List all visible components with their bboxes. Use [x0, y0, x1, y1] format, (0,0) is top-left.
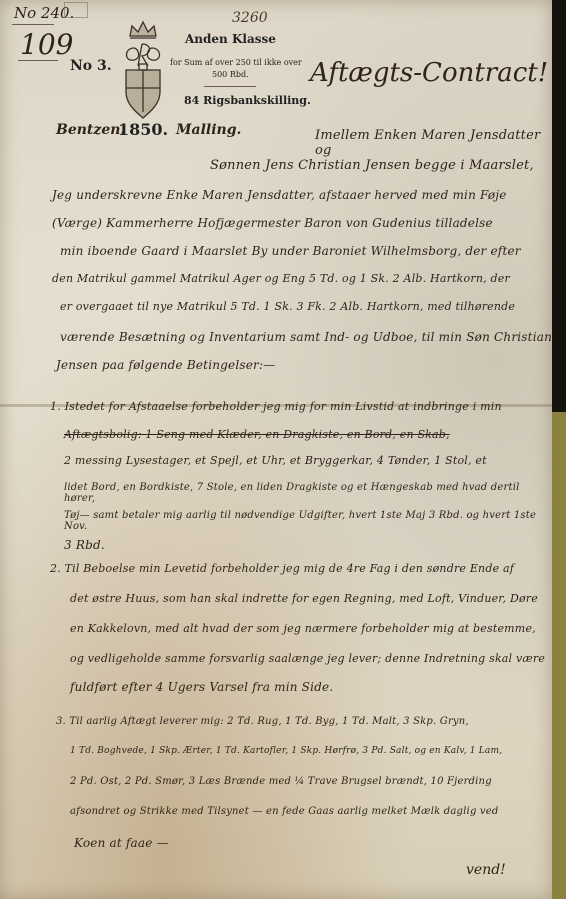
stamp-left-signature: Bentzen. — [56, 122, 125, 138]
body-line: Sønnen Jens Christian Jensen begge i Maa… — [210, 158, 534, 173]
body-line: Koen at faae — — [74, 836, 169, 850]
body-line: (Værge) Kammerherre Hofjægermester Baron… — [52, 216, 493, 230]
body-line: Imellem Enken Maren Jensdatter og — [315, 128, 552, 158]
pencil-number: 3260 — [232, 10, 268, 26]
body-line: afsondret og Strikke med Tilsynet — en f… — [70, 806, 499, 817]
body-line: den Matrikul gammel Matrikul Ager og Eng… — [52, 272, 510, 285]
body-line: er overgaaet til nye Matrikul 5 Td. 1 Sk… — [60, 300, 515, 313]
royal-crest-icon — [112, 0, 174, 122]
body-line: Jeg underskrevne Enke Maren Jensdatter, … — [52, 188, 507, 202]
body-line: en Kakkelovn, med alt hvad der som jeg n… — [70, 622, 536, 635]
body-line: værende Besætning og Inventarium samt In… — [60, 330, 552, 344]
body-line: fuldført efter 4 Ugers Varsel fra min Si… — [70, 680, 333, 694]
body-line: 1. Istedet for Afstaaelse forbeholder je… — [50, 400, 502, 413]
stamp-year: 1850. — [118, 120, 168, 139]
body-line: Jensen paa følgende Betingelser:— — [56, 358, 275, 372]
verte-mark: vend! — [466, 862, 506, 878]
archive-underline — [18, 60, 58, 61]
corner-underline — [12, 24, 54, 25]
stamp-class-range-2: 500 Rbd. — [212, 70, 249, 79]
body-line: min iboende Gaard i Maarslet By under Ba… — [60, 244, 521, 258]
body-line: 2 messing Lysestager, et Spejl, et Uhr, … — [64, 454, 487, 467]
document-title: Aftægts-Contract! — [310, 58, 548, 88]
corner-box — [64, 2, 88, 18]
body-line: 3 Rbd. — [64, 538, 105, 552]
background-dark-edge — [552, 0, 566, 412]
body-line: og vedligeholde samme forsvarlig saalæng… — [70, 652, 545, 665]
body-line: 3. Til aarlig Aftægt leverer mig: 2 Td. … — [56, 716, 469, 727]
body-line: 2 Pd. Ost, 2 Pd. Smør, 3 Læs Brænde med … — [70, 776, 492, 787]
body-line: 1 Td. Boghvede, 1 Skp. Ærter, 1 Td. Kart… — [70, 746, 502, 756]
stamp-right-signature: Malling. — [176, 122, 241, 138]
stamp-class-title: Anden Klasse — [185, 32, 276, 46]
body-line: det østre Huus, som han skal indrette fo… — [70, 592, 538, 605]
archive-number: 109 — [20, 28, 73, 61]
body-line: 2. Til Beboelse min Levetid forbeholder … — [50, 562, 514, 575]
body-line: Tøj— samt betaler mig aarlig til nødvend… — [64, 510, 552, 532]
stamp-class-range-1: for Sum af over 250 til ikke over — [170, 58, 302, 67]
stamp-price: 84 Rigsbankskilling. — [184, 94, 311, 107]
stamp-divider — [204, 86, 256, 87]
body-line: lidet Bord, en Bordkiste, 7 Stole, en li… — [64, 482, 552, 504]
body-line-struck: Aftægtsbolig: 1 Seng med Klæder, en Drag… — [64, 428, 450, 441]
document-page: No 240. 109 3260 No 3. Anden Klasse for … — [0, 0, 552, 899]
stamp-number: No 3. — [70, 58, 112, 74]
